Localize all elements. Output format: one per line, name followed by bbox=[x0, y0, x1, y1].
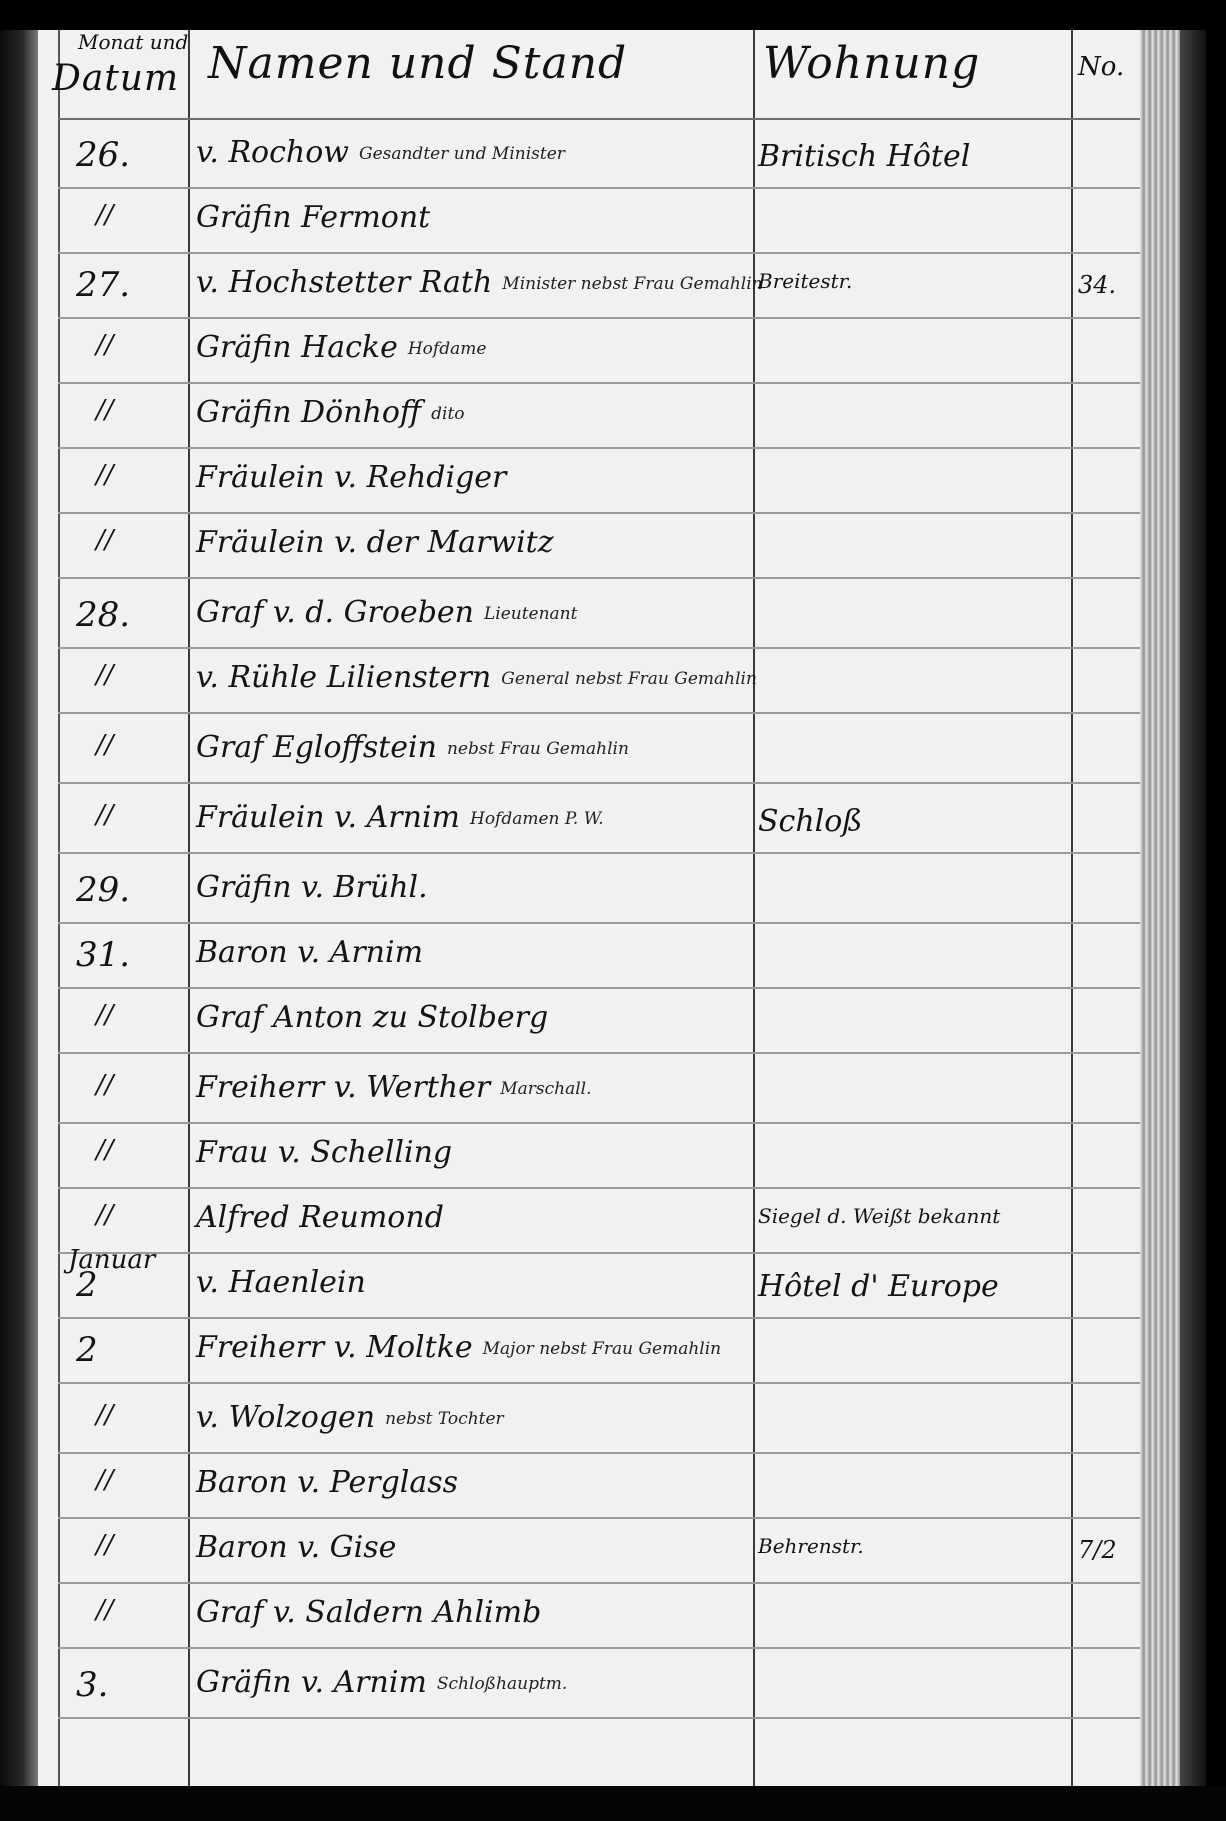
row-name-text: Fräulein v. Rehdiger bbox=[196, 460, 506, 495]
header-name: Namen und Stand bbox=[208, 38, 627, 89]
row-name: Graf v. Saldern Ahlimb bbox=[196, 1595, 551, 1630]
row-rule bbox=[58, 512, 1158, 514]
register-row: 28.Graf v. d. GroebenLieutenant bbox=[38, 585, 1166, 645]
register-row: //Gräfin Fermont bbox=[38, 190, 1166, 250]
row-name: Graf Egloffsteinnebst Frau Gemahlin bbox=[196, 730, 629, 765]
row-name: Baron v. Perglass bbox=[196, 1465, 468, 1500]
row-rule bbox=[58, 1317, 1158, 1319]
row-rule bbox=[58, 782, 1158, 784]
row-date: // bbox=[76, 1530, 216, 1560]
row-note: General nebst Frau Gemahlin bbox=[501, 669, 757, 689]
register-row: //v. Wolzogennebst Tochter bbox=[38, 1390, 1166, 1450]
row-date: // bbox=[76, 800, 216, 830]
row-address: Hôtel d' Europe bbox=[758, 1269, 999, 1304]
register-row: //Frau v. Schelling bbox=[38, 1125, 1166, 1185]
row-note: Gesandter und Minister bbox=[359, 144, 565, 164]
row-name-text: v. Rochow bbox=[196, 135, 349, 170]
header-number: No. bbox=[1078, 52, 1124, 82]
header-rule bbox=[58, 118, 1158, 120]
row-name-text: Baron v. Perglass bbox=[196, 1465, 458, 1500]
register-row: //Baron v. GiseBehrenstr.7/2 bbox=[38, 1520, 1166, 1580]
row-name: Fräulein v. ArnimHofdamen P. W. bbox=[196, 800, 604, 835]
row-date: 28. bbox=[76, 595, 196, 635]
header-date: Datum bbox=[52, 58, 179, 99]
row-name: Fräulein v. der Marwitz bbox=[196, 525, 564, 560]
row-note: Hofdamen P. W. bbox=[470, 809, 604, 829]
row-rule bbox=[58, 1517, 1158, 1519]
row-name-text: Graf Egloffstein bbox=[196, 730, 437, 765]
row-note: Minister nebst Frau Gemahlin bbox=[502, 274, 762, 294]
row-name: Baron v. Gise bbox=[196, 1530, 406, 1565]
row-rule bbox=[58, 187, 1158, 189]
row-note: dito bbox=[431, 404, 464, 424]
row-rule bbox=[58, 1187, 1158, 1189]
row-name-text: Gräfin v. Brühl. bbox=[196, 870, 428, 905]
register-row: //Baron v. Perglass bbox=[38, 1455, 1166, 1515]
row-note: Hofdame bbox=[408, 339, 487, 359]
register-row: //Gräfin Dönhoffdito bbox=[38, 385, 1166, 445]
row-date: // bbox=[76, 1400, 216, 1430]
row-note: Schloßhauptm. bbox=[437, 1674, 567, 1694]
row-note: nebst Frau Gemahlin bbox=[447, 739, 629, 759]
row-date: // bbox=[76, 1595, 216, 1625]
row-name: Graf v. d. GroebenLieutenant bbox=[196, 595, 577, 630]
row-rule bbox=[58, 712, 1158, 714]
row-name: Gräfin Dönhoffdito bbox=[196, 395, 465, 430]
row-name-text: v. Wolzogen bbox=[196, 1400, 375, 1435]
register-page: Monat und Datum Namen und Stand Wohnung … bbox=[38, 30, 1166, 1790]
row-rule bbox=[58, 1647, 1158, 1649]
row-date: // bbox=[76, 1135, 216, 1165]
row-date: // bbox=[76, 660, 216, 690]
row-date: // bbox=[76, 1070, 216, 1100]
row-name-text: Graf v. Saldern Ahlimb bbox=[196, 1595, 541, 1630]
header-address: Wohnung bbox=[763, 38, 980, 89]
row-date: 2 bbox=[76, 1330, 196, 1370]
row-rule bbox=[58, 647, 1158, 649]
register-row: //Gräfin HackeHofdame bbox=[38, 320, 1166, 380]
row-name-text: Fräulein v. der Marwitz bbox=[196, 525, 554, 560]
row-name: v. Rühle LiliensternGeneral nebst Frau G… bbox=[196, 660, 757, 695]
row-name: Graf Anton zu Stolberg bbox=[196, 1000, 558, 1035]
register-row: 27.v. Hochstetter RathMinister nebst Fra… bbox=[38, 255, 1166, 315]
row-name: Fräulein v. Rehdiger bbox=[196, 460, 516, 495]
row-date: // bbox=[76, 1000, 216, 1030]
row-date: 26. bbox=[76, 135, 196, 175]
row-name: Frau v. Schelling bbox=[196, 1135, 462, 1170]
row-name: Alfred Reumond bbox=[196, 1200, 454, 1235]
row-name-text: Graf v. d. Groeben bbox=[196, 595, 474, 630]
row-name: v. Hochstetter RathMinister nebst Frau G… bbox=[196, 265, 763, 300]
row-date: 27. bbox=[76, 265, 196, 305]
row-name: Gräfin Fermont bbox=[196, 200, 440, 235]
register-row: //Graf Egloffsteinnebst Frau Gemahlin bbox=[38, 720, 1166, 780]
row-rule bbox=[58, 1717, 1158, 1719]
register-row: //Fräulein v. Rehdiger bbox=[38, 450, 1166, 510]
register-row: //Alfred ReumondSiegel d. Weißt bekannt bbox=[38, 1190, 1166, 1250]
row-rule bbox=[58, 1582, 1158, 1584]
row-rule bbox=[58, 922, 1158, 924]
register-row: 2v. HaenleinHôtel d' Europe bbox=[38, 1255, 1166, 1315]
row-note: nebst Tochter bbox=[385, 1409, 504, 1429]
row-number: 34. bbox=[1078, 271, 1116, 299]
row-rule bbox=[58, 1452, 1158, 1454]
row-name: Freiherr v. WertherMarschall. bbox=[196, 1070, 592, 1105]
row-address: Britisch Hôtel bbox=[758, 139, 970, 174]
book-spine-left bbox=[0, 30, 38, 1790]
row-date: // bbox=[76, 1465, 216, 1495]
row-date: 3. bbox=[76, 1665, 196, 1705]
row-date: // bbox=[76, 460, 216, 490]
row-date: // bbox=[76, 200, 216, 230]
row-name-text: Gräfin Fermont bbox=[196, 200, 430, 235]
row-name: Freiherr v. MoltkeMajor nebst Frau Gemah… bbox=[196, 1330, 721, 1365]
row-rule bbox=[58, 317, 1158, 319]
register-row: 26.v. RochowGesandter und MinisterBritis… bbox=[38, 125, 1166, 185]
row-note: Lieutenant bbox=[484, 604, 578, 624]
row-date: // bbox=[76, 330, 216, 360]
register-row: //Freiherr v. WertherMarschall. bbox=[38, 1060, 1166, 1120]
row-rule bbox=[58, 1122, 1158, 1124]
row-rule bbox=[58, 382, 1158, 384]
row-rule bbox=[58, 1252, 1158, 1254]
row-name: v. Wolzogennebst Tochter bbox=[196, 1400, 504, 1435]
row-address: Siegel d. Weißt bekannt bbox=[758, 1204, 1000, 1228]
row-rule bbox=[58, 852, 1158, 854]
row-date: // bbox=[76, 1200, 216, 1230]
row-name: Baron v. Arnim bbox=[196, 935, 433, 970]
row-rule bbox=[58, 1052, 1158, 1054]
row-number: 7/2 bbox=[1078, 1536, 1117, 1564]
row-name: Gräfin v. ArnimSchloßhauptm. bbox=[196, 1665, 567, 1700]
row-name-text: Graf Anton zu Stolberg bbox=[196, 1000, 548, 1035]
register-row: //Graf v. Saldern Ahlimb bbox=[38, 1585, 1166, 1645]
register-row: 29.Gräfin v. Brühl. bbox=[38, 860, 1166, 920]
row-date: // bbox=[76, 395, 216, 425]
row-date: 31. bbox=[76, 935, 196, 975]
row-name: Gräfin v. Brühl. bbox=[196, 870, 438, 905]
row-date: 29. bbox=[76, 870, 196, 910]
row-name-text: Alfred Reumond bbox=[196, 1200, 444, 1235]
row-name-text: Freiherr v. Werther bbox=[196, 1070, 490, 1105]
row-name: Gräfin HackeHofdame bbox=[196, 330, 486, 365]
row-date: // bbox=[76, 525, 216, 555]
row-name-text: Freiherr v. Moltke bbox=[196, 1330, 473, 1365]
row-rule bbox=[58, 987, 1158, 989]
register-row: //v. Rühle LiliensternGeneral nebst Frau… bbox=[38, 650, 1166, 710]
row-name-text: Gräfin Dönhoff bbox=[196, 395, 421, 430]
row-name-text: Fräulein v. Arnim bbox=[196, 800, 460, 835]
register-row: 2Freiherr v. MoltkeMajor nebst Frau Gema… bbox=[38, 1320, 1166, 1380]
row-name: v. RochowGesandter und Minister bbox=[196, 135, 565, 170]
row-note: Marschall. bbox=[500, 1079, 591, 1099]
row-name-text: v. Haenlein bbox=[196, 1265, 366, 1300]
row-rule bbox=[58, 577, 1158, 579]
page-edges-right bbox=[1140, 30, 1196, 1790]
row-note: Major nebst Frau Gemahlin bbox=[483, 1339, 722, 1359]
header-date-top: Monat und bbox=[78, 30, 188, 54]
row-name-text: Gräfin v. Arnim bbox=[196, 1665, 427, 1700]
row-address: Breitestr. bbox=[758, 269, 852, 293]
month-marker: Januar bbox=[68, 1245, 155, 1275]
row-name: v. Haenlein bbox=[196, 1265, 376, 1300]
register-row: 31.Baron v. Arnim bbox=[38, 925, 1166, 985]
row-name-text: Gräfin Hacke bbox=[196, 330, 398, 365]
row-name-text: Baron v. Arnim bbox=[196, 935, 423, 970]
row-rule bbox=[58, 252, 1158, 254]
row-rule bbox=[58, 1382, 1158, 1384]
register-row: //Fräulein v. der Marwitz bbox=[38, 515, 1166, 575]
row-name-text: Frau v. Schelling bbox=[196, 1135, 452, 1170]
row-date: // bbox=[76, 730, 216, 760]
row-name-text: v. Hochstetter Rath bbox=[196, 265, 492, 300]
row-address: Schloß bbox=[758, 804, 862, 839]
scan-bottom-shadow bbox=[0, 1786, 1226, 1821]
row-name-text: v. Rühle Lilienstern bbox=[196, 660, 491, 695]
row-address: Behrenstr. bbox=[758, 1534, 864, 1558]
register-row: 3.Gräfin v. ArnimSchloßhauptm. bbox=[38, 1655, 1166, 1715]
row-rule bbox=[58, 447, 1158, 449]
row-name-text: Baron v. Gise bbox=[196, 1530, 396, 1565]
register-row: //Fräulein v. ArnimHofdamen P. W.Schloß bbox=[38, 790, 1166, 850]
register-row: //Graf Anton zu Stolberg bbox=[38, 990, 1166, 1050]
